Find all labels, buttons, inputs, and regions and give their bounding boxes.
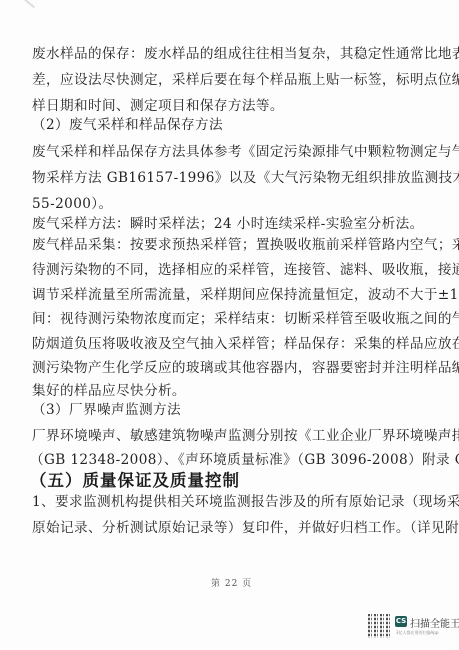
qr-code-icon xyxy=(368,614,392,638)
camscanner-logo-icon: CS xyxy=(395,616,407,627)
exhaust-reference-line-3: 55-2000）。 xyxy=(32,196,416,212)
exhaust-collection-line-3: 调节采样流量至所需流量，采样期间应保持流量恒定，波动不大于±10%。采样时 xyxy=(32,287,416,303)
section-5-heading: （五）质量保证及质量控制 xyxy=(30,467,240,491)
wastewater-storage-line-1: 废水样品的保存：废水样品的组成往往相当复杂，其稳定性通常比地表水样更 xyxy=(32,46,416,62)
document-page: 废水样品的保存：废水样品的组成往往相当复杂，其稳定性通常比地表水样更 差，应设法… xyxy=(0,0,459,650)
section-3-heading: （3）厂界噪声监测方法 xyxy=(32,402,416,418)
exhaust-collection-line-6: 测污染物产生化学反应的玻璃或其他容器内，容器要密封并注明样品编号，采 xyxy=(32,360,416,376)
noise-method-line-1: 厂界环境噪声、敏感建筑物噪声监测分别按《工业企业厂界环境噪声排放标准》 xyxy=(32,428,416,444)
exhaust-collection-line-7: 集好的样品应尽快分析。 xyxy=(32,383,416,399)
exhaust-reference-line-1: 废气采样和样品保存方法具体参考《固定污染源排气中颗粒物测定与气态污染 xyxy=(32,144,416,160)
wastewater-storage-line-3: 样日期和时间、测定项目和保存方法等。 xyxy=(32,98,416,114)
exhaust-reference-line-2: 物采样方法 GB16157-1996》以及《大气污染物无组织排放监测技术导则》（… xyxy=(32,170,416,186)
exhaust-collection-line-1: 废气样品采集：按要求预热采样管；置换吸收瓶前采样管路内空气；采样根据 xyxy=(32,237,416,253)
scan-corner-mark xyxy=(23,0,35,8)
qa-item-1-line-2: 原始记录、分析测试原始记录等）复印件，并做好归档工作。（详见附件） xyxy=(32,520,416,536)
watermark-brand-name: 扫描全能王 xyxy=(410,615,459,630)
wastewater-storage-line-2: 差，应设法尽快测定，采样后要在每个样品瓶上贴一标签，标明点位编号、采 xyxy=(32,72,416,88)
section-2-heading: （2）废气采样和样品保存方法 xyxy=(32,117,416,133)
scanner-watermark: CS 扫描全能王 3亿人都在用的扫描App xyxy=(368,614,458,644)
exhaust-collection-line-4: 间：视待测污染物浓度而定；采样结束：切断采样管至吸收瓶之间的气路，以 xyxy=(32,311,416,327)
page-number: 第 22 页 xyxy=(211,576,252,589)
watermark-tagline: 3亿人都在用的扫描App xyxy=(396,630,438,636)
exhaust-method-line: 废气采样方法：瞬时采样法；24 小时连续采样-实验室分析法。 xyxy=(32,216,416,232)
noise-method-line-2: （GB 12348-2008）、《声环境质量标准》（GB 3096-2008）附… xyxy=(30,452,414,468)
exhaust-collection-line-2: 待测污染物的不同，选择相应的采样管，连接管、滤料、吸收瓶，接通采样管路， xyxy=(32,262,416,278)
qa-item-1-line-1: 1、要求监测机构提供相关环境监测报告涉及的所有原始记录（现场采样、监测 xyxy=(32,494,416,510)
exhaust-collection-line-5: 防烟道负压将吸收液及空气抽入采样管；样品保存：采集的样品应放在不与被 xyxy=(32,336,416,352)
